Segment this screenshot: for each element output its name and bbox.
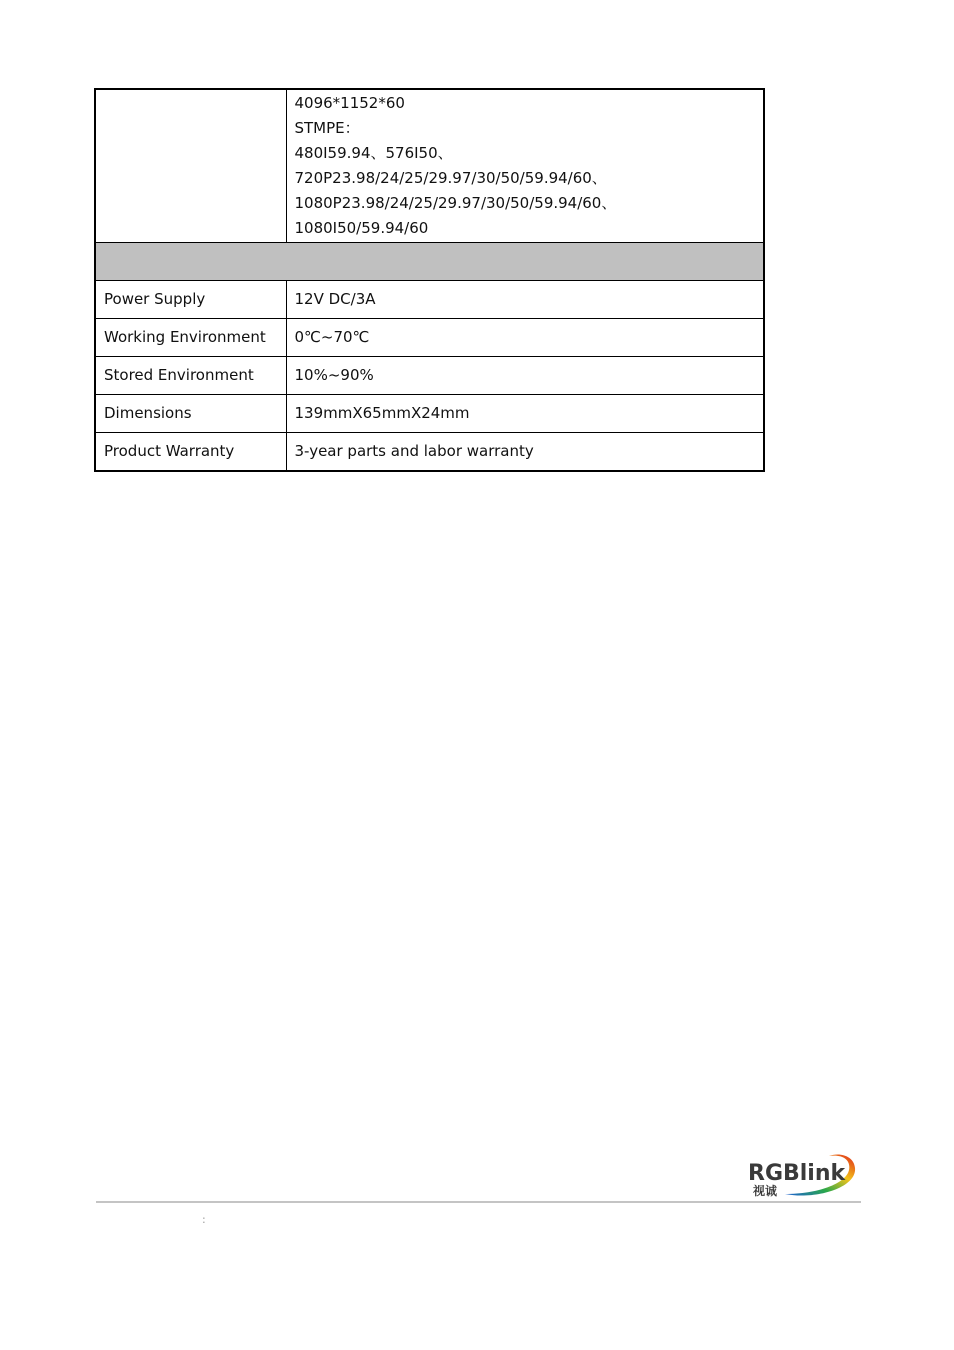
footer-separator: : bbox=[202, 1213, 206, 1226]
format-line: 480I59.94、576I50、 bbox=[295, 141, 756, 166]
row-value: 12V DC/3A bbox=[286, 281, 764, 319]
table-row: Product Warranty 3-year parts and labor … bbox=[95, 433, 764, 471]
row-label: Product Warranty bbox=[95, 433, 286, 471]
row-value: 0℃~70℃ bbox=[286, 319, 764, 357]
row-label bbox=[95, 89, 286, 243]
specifications-table: 4096*1152*60 STMPE： 480I59.94、576I50、 72… bbox=[94, 88, 765, 472]
format-line: 1080I50/59.94/60 bbox=[295, 216, 756, 241]
format-line: 1080P23.98/24/25/29.97/30/50/59.94/60、 bbox=[295, 191, 756, 216]
format-line: 4096*1152*60 bbox=[295, 91, 756, 116]
row-value: 10%~90% bbox=[286, 357, 764, 395]
section-header bbox=[95, 243, 764, 281]
logo-text: RGBlink bbox=[748, 1161, 847, 1186]
format-line: 720P23.98/24/25/29.97/30/50/59.94/60、 bbox=[295, 166, 756, 191]
row-label: Dimensions bbox=[95, 395, 286, 433]
format-line: STMPE： bbox=[295, 116, 756, 141]
table-row: Working Environment 0℃~70℃ bbox=[95, 319, 764, 357]
table-row: Power Supply 12V DC/3A bbox=[95, 281, 764, 319]
row-value: 139mmX65mmX24mm bbox=[286, 395, 764, 433]
row-value: 3-year parts and labor warranty bbox=[286, 433, 764, 471]
table-row-supported-formats: 4096*1152*60 STMPE： 480I59.94、576I50、 72… bbox=[95, 89, 764, 243]
table-row: Dimensions 139mmX65mmX24mm bbox=[95, 395, 764, 433]
table-row: Stored Environment 10%~90% bbox=[95, 357, 764, 395]
row-label: Power Supply bbox=[95, 281, 286, 319]
logo-subtext: 视诚 bbox=[752, 1183, 777, 1198]
rgblink-logo: RGBlink 视诚 bbox=[745, 1150, 860, 1198]
supported-formats-cell: 4096*1152*60 STMPE： 480I59.94、576I50、 72… bbox=[286, 89, 764, 243]
row-label: Working Environment bbox=[95, 319, 286, 357]
footer-divider bbox=[96, 1201, 861, 1203]
row-label: Stored Environment bbox=[95, 357, 286, 395]
section-header-row bbox=[95, 243, 764, 281]
